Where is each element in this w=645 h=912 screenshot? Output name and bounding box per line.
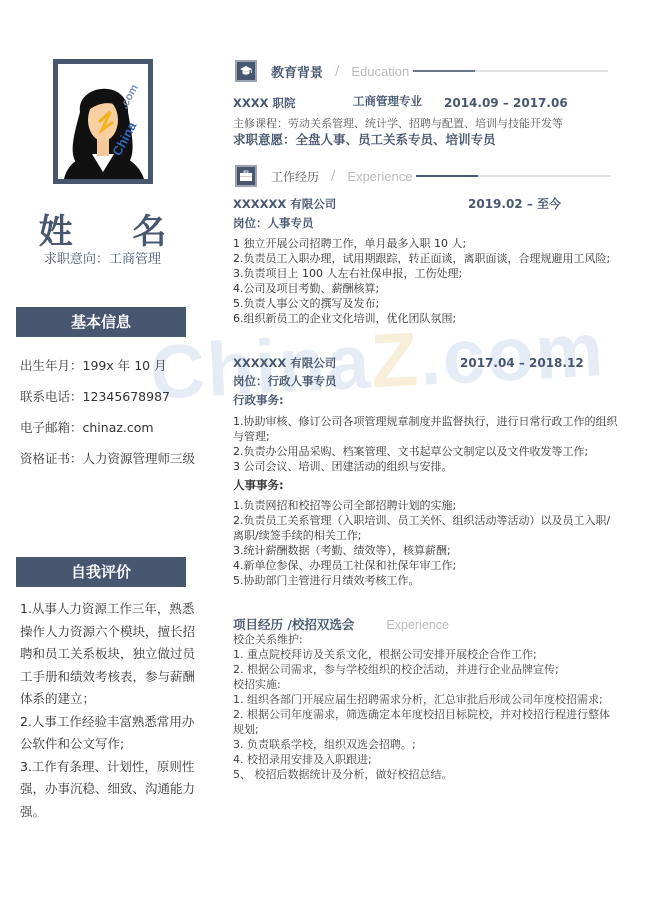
courses: 主修课程：劳动关系管理、统计学、招聘与配置、培训与技能开发等 — [233, 116, 563, 131]
job-1-company: XXXXXX 有限公司 — [233, 197, 336, 211]
admin-duties: 1.协助审核、修订公司各项管理规章制度并监督执行，进行日常行政工作的组织与管理;… — [233, 414, 618, 474]
basic-info-heading: 基本信息 — [16, 307, 186, 337]
project-title: 项目经历 /校招双选会 — [233, 617, 354, 632]
basic-info-list: 出生年月：199x 年 10 月 联系电话：12345678987 电子邮箱：c… — [20, 356, 195, 480]
self-eval-heading: 自我评价 — [16, 557, 186, 587]
duty-item: 5.负责人事公文的撰写及发布; — [233, 296, 618, 311]
duty-item: 2.负责员工关系管理（入职培训、员工关怀、组织活动等活动）以及员工入职/离职/续… — [233, 513, 618, 543]
job-1-dates: 2019.02 – 至今 — [468, 197, 561, 212]
project-line: 1. 组织各部门开展应届生招聘需求分析，汇总审批后形成公司年度校招需求; — [233, 692, 618, 707]
section-divider — [413, 70, 608, 72]
job-1-position: 岗位：人事专员 — [233, 216, 314, 231]
job-1-duties: 1 独立开展公司招聘工作，单月最多入职 10 人; 2.负责员工入职办理，试用期… — [233, 236, 618, 326]
job-2-position: 岗位：行政人事专员 — [233, 374, 337, 389]
section-divider — [416, 175, 611, 177]
project-line: 5、 校招后数据统计及分析，做好校招总结。 — [233, 767, 618, 782]
duty-item: 1.负责网招和校招等公司全部招聘计划的实施; — [233, 498, 618, 513]
job-2-company: XXXXXX 有限公司 — [233, 356, 336, 370]
avatar-portrait-icon: China .com — [58, 64, 148, 179]
education-section-header: 教育背景 / Education — [235, 59, 608, 83]
briefcase-icon — [235, 165, 257, 187]
duty-item: 3 公司会议、培训、团建活动的组织与安排。 — [233, 459, 618, 474]
info-row-birth: 出生年月：199x 年 10 月 — [20, 356, 195, 387]
duty-item: 2.负责办公用品采购、档案管理、文书起草公文制定以及文件收发等工作; — [233, 444, 618, 459]
self-eval-item: 2.人事工作经验丰富熟悉常用办公软件和公文写作; — [20, 711, 205, 756]
graduation-cap-icon — [235, 60, 257, 82]
job-intent: 求职意向：工商管理 — [0, 248, 205, 267]
education-title: 教育背景 — [271, 62, 323, 81]
project-section-header: 项目经历 /校招双选会 Experience — [233, 615, 449, 633]
project-line: 校企关系维护: — [233, 632, 618, 647]
duty-item: 4.新单位参保、办理员工社保和社保年审工作; — [233, 558, 618, 573]
education-title-en: Education — [351, 64, 409, 79]
duty-item: 6.组织新员工的企业文化培训，优化团队氛围; — [233, 311, 618, 326]
job-2-dates: 2017.04 – 2018.12 — [460, 356, 584, 371]
experience-title-en: Experience — [347, 169, 412, 184]
candidate-name: 姓 名 — [0, 204, 205, 253]
duty-item: 4.公司及项目考勤、薪酬核算; — [233, 281, 618, 296]
duty-item: 5.协助部门主管进行月绩效考核工作。 — [233, 573, 618, 588]
project-title-en: Experience — [386, 618, 449, 632]
project-line: 校招实施: — [233, 677, 618, 692]
resume-page: ChinaZ.com China .com 姓 名 求职意向：工商管理 基本信息… — [0, 0, 645, 912]
education-dates: 2014.09 – 2017.06 — [444, 96, 568, 111]
major-name: 工商管理专业 — [353, 94, 422, 109]
section-slash: / — [335, 64, 339, 79]
project-line: 2. 根据公司需求，参与学校组织的校企活动，并进行企业品牌宣传; — [233, 662, 618, 677]
avatar-photo: China .com — [53, 59, 153, 184]
duty-item: 3.统计薪酬数据（考勤、绩效等），核算薪酬; — [233, 543, 618, 558]
project-line: 3. 负责联系学校，组织双选会招聘。; — [233, 737, 618, 752]
self-eval-item: 1.从事人力资源工作三年，熟悉操作人力资源六个模块，擅长招聘和员工关系板块，独立… — [20, 598, 205, 711]
duty-item: 2.负责员工入职办理，试用期跟踪，转正面谈，离职面谈，合理规避用工风险; — [233, 251, 618, 266]
school-name: XXXX 职院 — [233, 96, 295, 111]
job-1-header: XXXXXX 有限公司 2019.02 – 至今 — [233, 197, 336, 212]
project-line: 4. 校招录用安排及入职跟进; — [233, 752, 618, 767]
experience-section-header: 工作经历 / Experience — [235, 164, 611, 188]
duty-item: 1.协助审核、修订公司各项管理规章制度并监督执行，进行日常行政工作的组织与管理; — [233, 414, 618, 444]
self-eval-text: 1.从事人力资源工作三年，熟悉操作人力资源六个模块，擅长招聘和员工关系板块，独立… — [20, 598, 205, 823]
duty-item: 1 独立开展公司招聘工作，单月最多入职 10 人; — [233, 236, 618, 251]
hr-duties-title: 人事事务: — [233, 478, 284, 493]
project-line: 2. 根据公司年度需求，筛选确定本年度校招目标院校，并对校招行程进行整体规划; — [233, 707, 618, 737]
section-slash: / — [331, 169, 335, 184]
experience-title: 工作经历 — [271, 168, 319, 185]
hr-duties: 1.负责网招和校招等公司全部招聘计划的实施; 2.负责员工关系管理（入职培训、员… — [233, 498, 618, 588]
job-wish: 求职意愿：全盘人事、员工关系专员、培训专员 — [233, 132, 496, 147]
project-line: 1. 重点院校拜访及关系文化，根据公司安排开展校企合作工作; — [233, 647, 618, 662]
info-row-phone: 联系电话：12345678987 — [20, 387, 195, 418]
admin-duties-title: 行政事务: — [233, 393, 284, 408]
job-2-header: XXXXXX 有限公司 2017.04 – 2018.12 — [233, 356, 336, 371]
duty-item: 3.负责项目上 100 人左右社保申报，工伤处理; — [233, 266, 618, 281]
info-row-email: 电子邮箱：chinaz.com — [20, 418, 195, 449]
self-eval-item: 3.工作有条理、计划性，原则性强，办事沉稳、细致、沟通能力强。 — [20, 756, 205, 824]
info-row-certificate: 资格证书：人力资源管理师三级 — [20, 449, 195, 480]
project-details: 校企关系维护: 1. 重点院校拜访及关系文化，根据公司安排开展校企合作工作; 2… — [233, 632, 618, 782]
